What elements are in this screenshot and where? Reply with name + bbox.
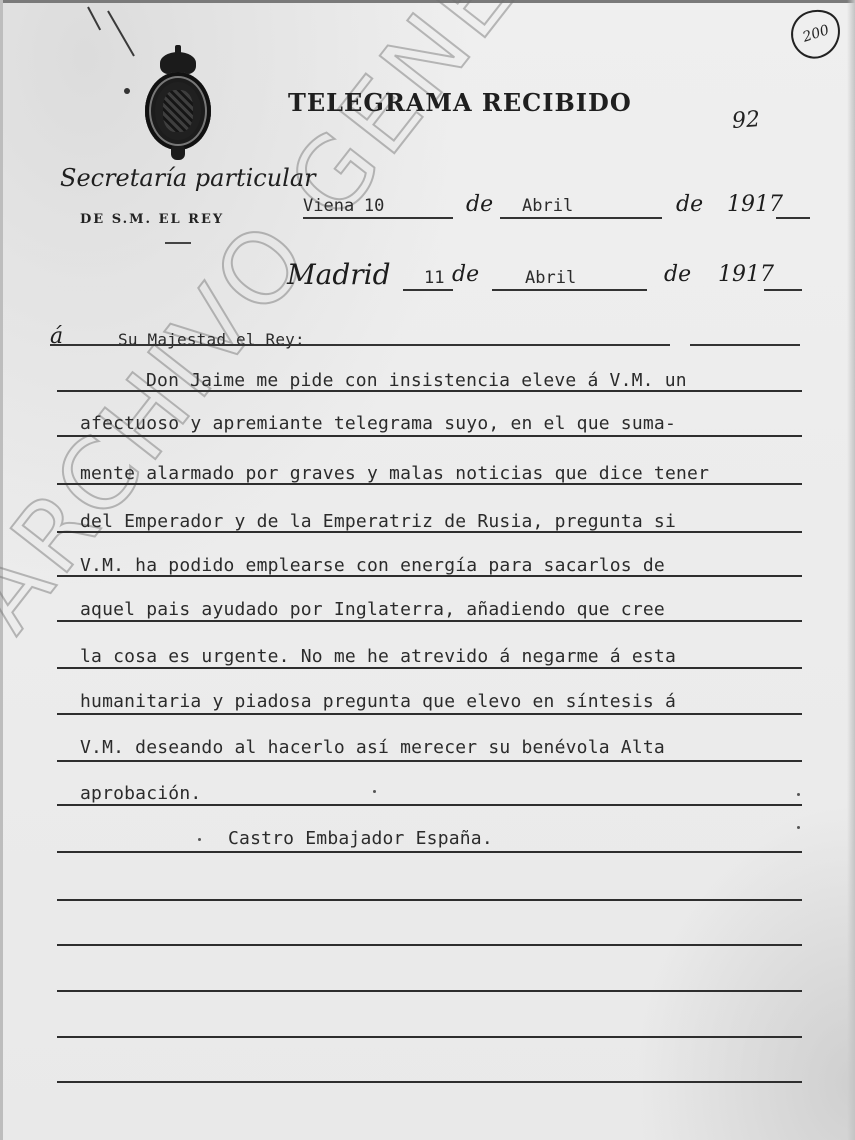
addressee-rule xyxy=(50,344,670,346)
ruled-line xyxy=(57,1081,802,1083)
addressee-rule-end xyxy=(690,344,800,346)
received-de-2: de xyxy=(664,262,691,287)
ruled-line xyxy=(57,804,802,806)
page-top-edge xyxy=(0,0,855,3)
ruled-line xyxy=(57,713,802,715)
ruled-line xyxy=(57,1036,802,1038)
ruled-line xyxy=(57,760,802,762)
ink-dot xyxy=(797,826,800,829)
page-right-edge xyxy=(847,0,855,1140)
received-month-rule xyxy=(492,289,647,291)
received-city: Madrid xyxy=(287,258,391,291)
origin-month: Abril xyxy=(522,196,573,216)
origin-year-rule xyxy=(776,217,810,219)
divider xyxy=(165,242,191,244)
ruled-line xyxy=(57,620,802,622)
body-line: afectuoso y apremiante telegrama suyo, e… xyxy=(80,413,676,434)
body-line: V.M. ha podido emplearse con energía par… xyxy=(80,555,665,576)
signature: Castro Embajador España. xyxy=(228,828,493,849)
body-line: humanitaria y piadosa pregunta que elevo… xyxy=(80,691,676,712)
ruled-line xyxy=(57,435,802,437)
ruled-line xyxy=(57,667,802,669)
royal-crest-icon xyxy=(145,50,211,160)
ink-dot xyxy=(124,88,130,94)
page-left-edge xyxy=(0,0,3,1140)
telegram-title: TELEGRAMA RECIBIDO xyxy=(288,88,632,117)
origin-de-1: de xyxy=(466,192,493,217)
folio-number: 200 xyxy=(801,22,831,45)
origin-month-rule xyxy=(500,217,662,219)
ruled-line xyxy=(57,851,802,853)
received-day-rule xyxy=(403,289,453,291)
origin-year: 1917 xyxy=(727,192,783,217)
ink-dot xyxy=(373,790,376,793)
handwritten-number: 92 xyxy=(731,107,761,134)
received-year: 1917 xyxy=(718,262,774,287)
addressee-name: Su Majestad el Rey: xyxy=(118,330,305,349)
ink-dot xyxy=(198,838,201,841)
ruled-line xyxy=(57,390,802,392)
body-line: Don Jaime me pide con insistencia eleve … xyxy=(146,370,687,391)
ruled-line xyxy=(57,990,802,992)
body-line: mente alarmado por graves y malas notici… xyxy=(80,463,709,484)
crown-icon xyxy=(160,52,196,74)
received-year-rule xyxy=(764,289,802,291)
ruled-line xyxy=(57,899,802,901)
pendant-icon xyxy=(171,146,185,160)
ruled-line xyxy=(57,575,802,577)
received-day: 11 xyxy=(424,268,444,288)
origin-city: Viena xyxy=(303,196,354,216)
ruled-line xyxy=(57,483,802,485)
body-line: V.M. deseando al hacerlo así merecer su … xyxy=(80,737,665,758)
ink-dot xyxy=(797,793,800,796)
shield-icon xyxy=(145,72,211,150)
origin-day: 10 xyxy=(364,196,384,216)
body-line: aprobación. xyxy=(80,783,201,804)
body-line: la cosa es urgente. No me he atrevido á … xyxy=(80,646,676,667)
office-script-label: Secretaría particular xyxy=(60,164,316,192)
received-month: Abril xyxy=(525,268,576,288)
received-de-1: de xyxy=(452,262,479,287)
office-printed-label: DE S.M. EL REY xyxy=(80,212,224,227)
body-line: del Emperador y de la Emperatriz de Rusi… xyxy=(80,511,676,532)
body-line: aquel pais ayudado por Inglaterra, añadi… xyxy=(80,599,665,620)
origin-de-2: de xyxy=(676,192,703,217)
ruled-line xyxy=(57,944,802,946)
ruled-line xyxy=(57,531,802,533)
origin-date-row: Viena 10 xyxy=(303,196,384,216)
origin-rule xyxy=(303,217,453,219)
